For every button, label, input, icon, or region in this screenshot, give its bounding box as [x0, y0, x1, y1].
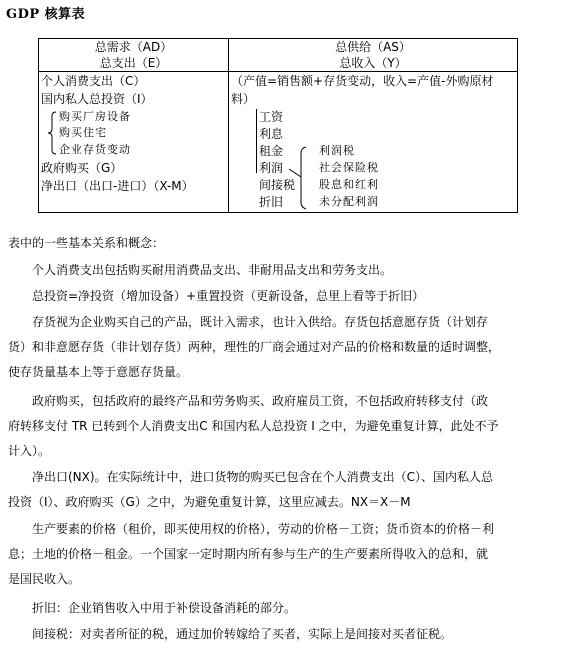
page-title: GDP 核算表	[6, 3, 85, 22]
note-depreciation: 折旧：企业销售收入中用于补偿设备消耗的部分。	[8, 596, 568, 621]
profit-item-profit-tax: 利润税	[319, 143, 355, 159]
note-line: 总投资=净投资（增加设备）+重置投资（更新设备，总里上看等于折旧）	[32, 284, 568, 309]
investment-brace-icon	[47, 109, 59, 157]
note-net-exports: 净出口(NX)。在实际统计中，进口货物的购买已包含在个人消费支出（C）、国内私人…	[8, 465, 560, 515]
note-line: 府转移支付 TR 已转到个人消费支出C 和国内私人总投资 I 之中，为避免重复计…	[8, 414, 560, 439]
header-aggregate-supply: 总供给（AS） 总收入（Y）	[229, 39, 517, 71]
header-ad: 总需求（AD）	[39, 39, 228, 55]
factor-income-bracket	[256, 109, 257, 173]
consumption-c: 个人消费支出（C）	[41, 73, 145, 89]
note-line: 使存货量基本上等于意愿存货量。	[8, 360, 560, 385]
investment-item-inventory: 企业存货变动	[59, 142, 131, 158]
note-line: 生产要素的价格（租价，即买使用权的价格），劳动的价格－工资；货币资本的价格－利	[8, 517, 560, 542]
note-consumption: 个人消费支出包括购买耐用消费品支出、非耐用品支出和劳务支出。	[8, 258, 568, 283]
note-line: 间接税：对卖者所征的税，通过加价转嫁给了买者，实际上是间接对买者征税。	[32, 622, 568, 647]
note-line: 折旧：企业销售收入中用于补偿设备消耗的部分。	[32, 596, 568, 621]
note-line: 投资（I）、政府购买（G）之中，为避免重复计算，这里应减去。NX＝X－M	[8, 490, 560, 515]
profit-item-dividends: 股息和红利	[319, 177, 379, 193]
header-e: 总支出（E）	[39, 55, 228, 71]
notes-heading: 表中的一些基本关系和概念：	[8, 231, 560, 256]
header-y: 总收入（Y）	[229, 55, 517, 71]
note-line: 是国民收入。	[8, 567, 560, 592]
net-exports: 净出口（出口-进口）（X-M）	[41, 178, 194, 194]
income-depreciation: 折旧	[259, 194, 283, 210]
note-line: 政府购买，包括政府的最终产品和劳务购买、政府雇员工资，不包括政府转移支付（政	[8, 389, 560, 414]
note-factor-prices: 生产要素的价格（租价，即买使用权的价格），劳动的价格－工资；货币资本的价格－利 …	[8, 517, 560, 592]
output-formula-line1: （产值=销售额+存货变动，收入=产值-外购原材	[231, 73, 494, 89]
note-government: 政府购买，包括政府的最终产品和劳务购买、政府雇员工资，不包括政府转移支付（政 府…	[8, 389, 560, 464]
income-rent: 租金	[259, 143, 283, 159]
note-line: 个人消费支出包括购买耐用消费品支出、非耐用品支出和劳务支出。	[32, 258, 568, 283]
income-wages: 工资	[259, 109, 283, 125]
gdp-accounting-table: 总需求（AD） 总支出（E） 总供给（AS） 总收入（Y） 个人消费支出（C） …	[38, 38, 518, 213]
note-line: 息；土地的价格－租金。一个国家一定时期内所有参与生产的生产要素所得收入的总和，就	[8, 542, 560, 567]
profit-item-retained-earnings: 未分配利润	[319, 194, 379, 210]
investment-item-equipment: 购买厂房设备	[59, 109, 131, 125]
investment-item-housing: 购买住宅	[59, 125, 107, 141]
note-inventory: 存货视为企业购买自己的产品，既计入需求，也计入供给。存货包括意愿存货（计划存 货…	[8, 310, 560, 385]
header-as: 总供给（AS）	[229, 39, 517, 55]
output-formula-line2: 料）	[231, 91, 255, 107]
note-indirect-tax: 间接税：对卖者所征的税，通过加价转嫁给了买者，实际上是间接对买者征税。	[8, 622, 568, 647]
header-aggregate-demand: 总需求（AD） 总支出（E）	[39, 39, 228, 71]
note-line: 货）和非意愿存货（非计划存货）两种，理性的厂商会通过对产品的价格和数量的适时调整…	[8, 335, 560, 360]
profit-item-social-security-tax: 社会保险税	[319, 160, 379, 176]
note-investment: 总投资=净投资（增加设备）+重置投资（更新设备，总里上看等于折旧）	[8, 284, 568, 309]
header-divider	[39, 71, 517, 72]
government-g: 政府购买（G）	[41, 160, 122, 176]
note-line: 计入）。	[8, 439, 560, 464]
note-line: 净出口(NX)。在实际统计中，进口货物的购买已包含在个人消费支出（C）、国内私人…	[8, 465, 560, 490]
profit-brace-icon	[289, 143, 309, 211]
investment-i: 国内私人总投资（I）	[41, 91, 153, 107]
income-profit: 利润	[259, 160, 283, 176]
income-interest: 利息	[259, 126, 283, 142]
note-line: 存货视为企业购买自己的产品，既计入需求，也计入供给。存货包括意愿存货（计划存	[8, 310, 560, 335]
